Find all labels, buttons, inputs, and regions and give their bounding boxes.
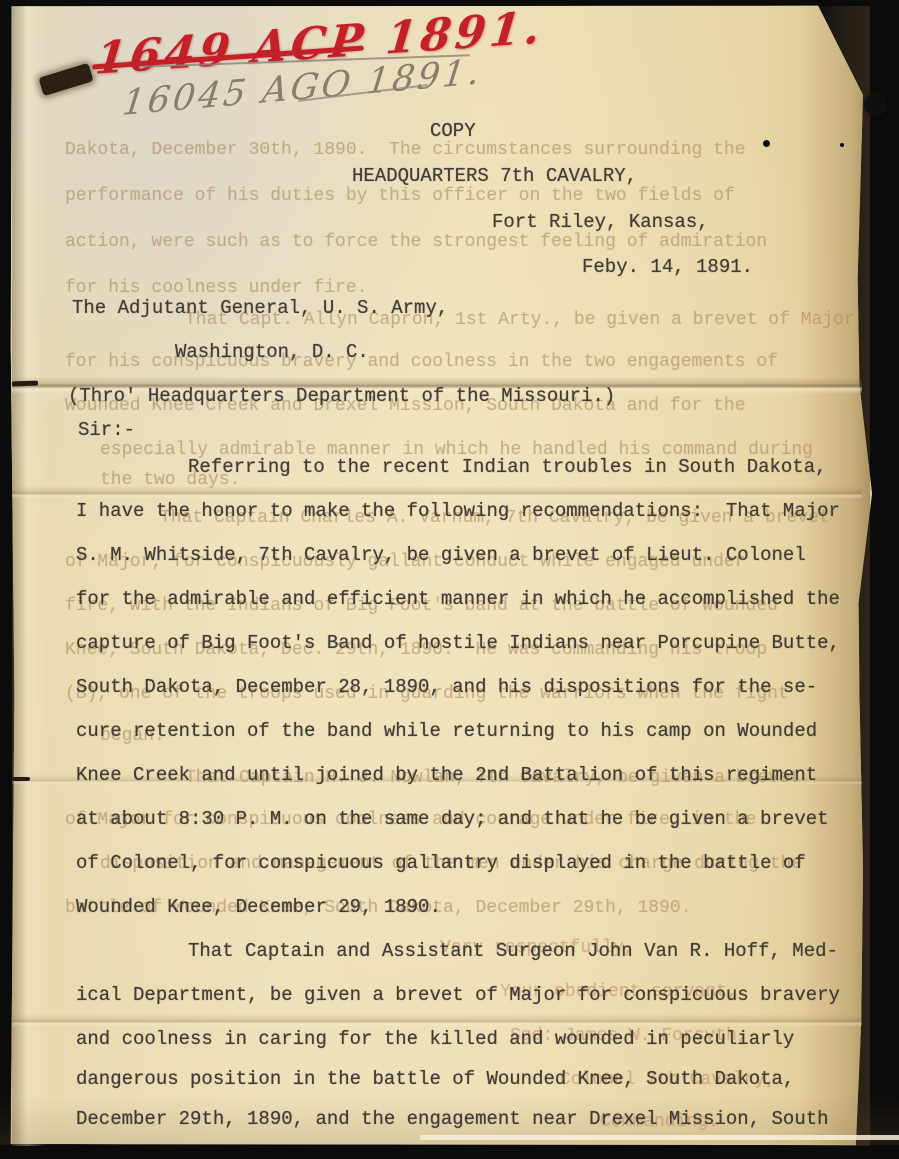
typed-line: for the admirable and efficient manner i… — [76, 588, 840, 610]
typed-line: December 29th, 1890, and the engagement … — [76, 1108, 829, 1130]
typed-line: I have the honor to make the following r… — [76, 500, 840, 522]
typed-line: of Colonel, for conspicuous gallantry di… — [76, 852, 806, 874]
typed-line: South Dakota, December 28, 1890, and his… — [76, 676, 817, 698]
typed-line: cure retention of the band while returni… — [76, 720, 817, 742]
typed-line: Referring to the recent Indian troubles … — [76, 456, 827, 478]
typed-line: capture of Big Foot's Band of hostile In… — [76, 632, 840, 654]
scanned-letter-page: Dakota, December 30th, 1890. The circums… — [0, 0, 899, 1159]
typed-line: at about 8:30 P. M. on the same day; and… — [76, 808, 829, 830]
typed-line: ical Department, be given a brevet of Ma… — [76, 984, 840, 1006]
typed-line: Knee Creek and until joined by the 2nd B… — [76, 764, 817, 786]
typed-line: That Captain and Assistant Surgeon John … — [76, 940, 838, 962]
typed-line: dangerous position in the battle of Woun… — [76, 1068, 794, 1090]
typed-line: and coolness in caring for the killed an… — [76, 1028, 794, 1050]
typed-line: S. M. Whitside, 7th Cavalry, be given a … — [76, 544, 806, 566]
typed-line: Wounded Knee, December 29, 1890. — [76, 896, 441, 918]
letter-body: Referring to the recent Indian troubles … — [0, 0, 899, 1159]
